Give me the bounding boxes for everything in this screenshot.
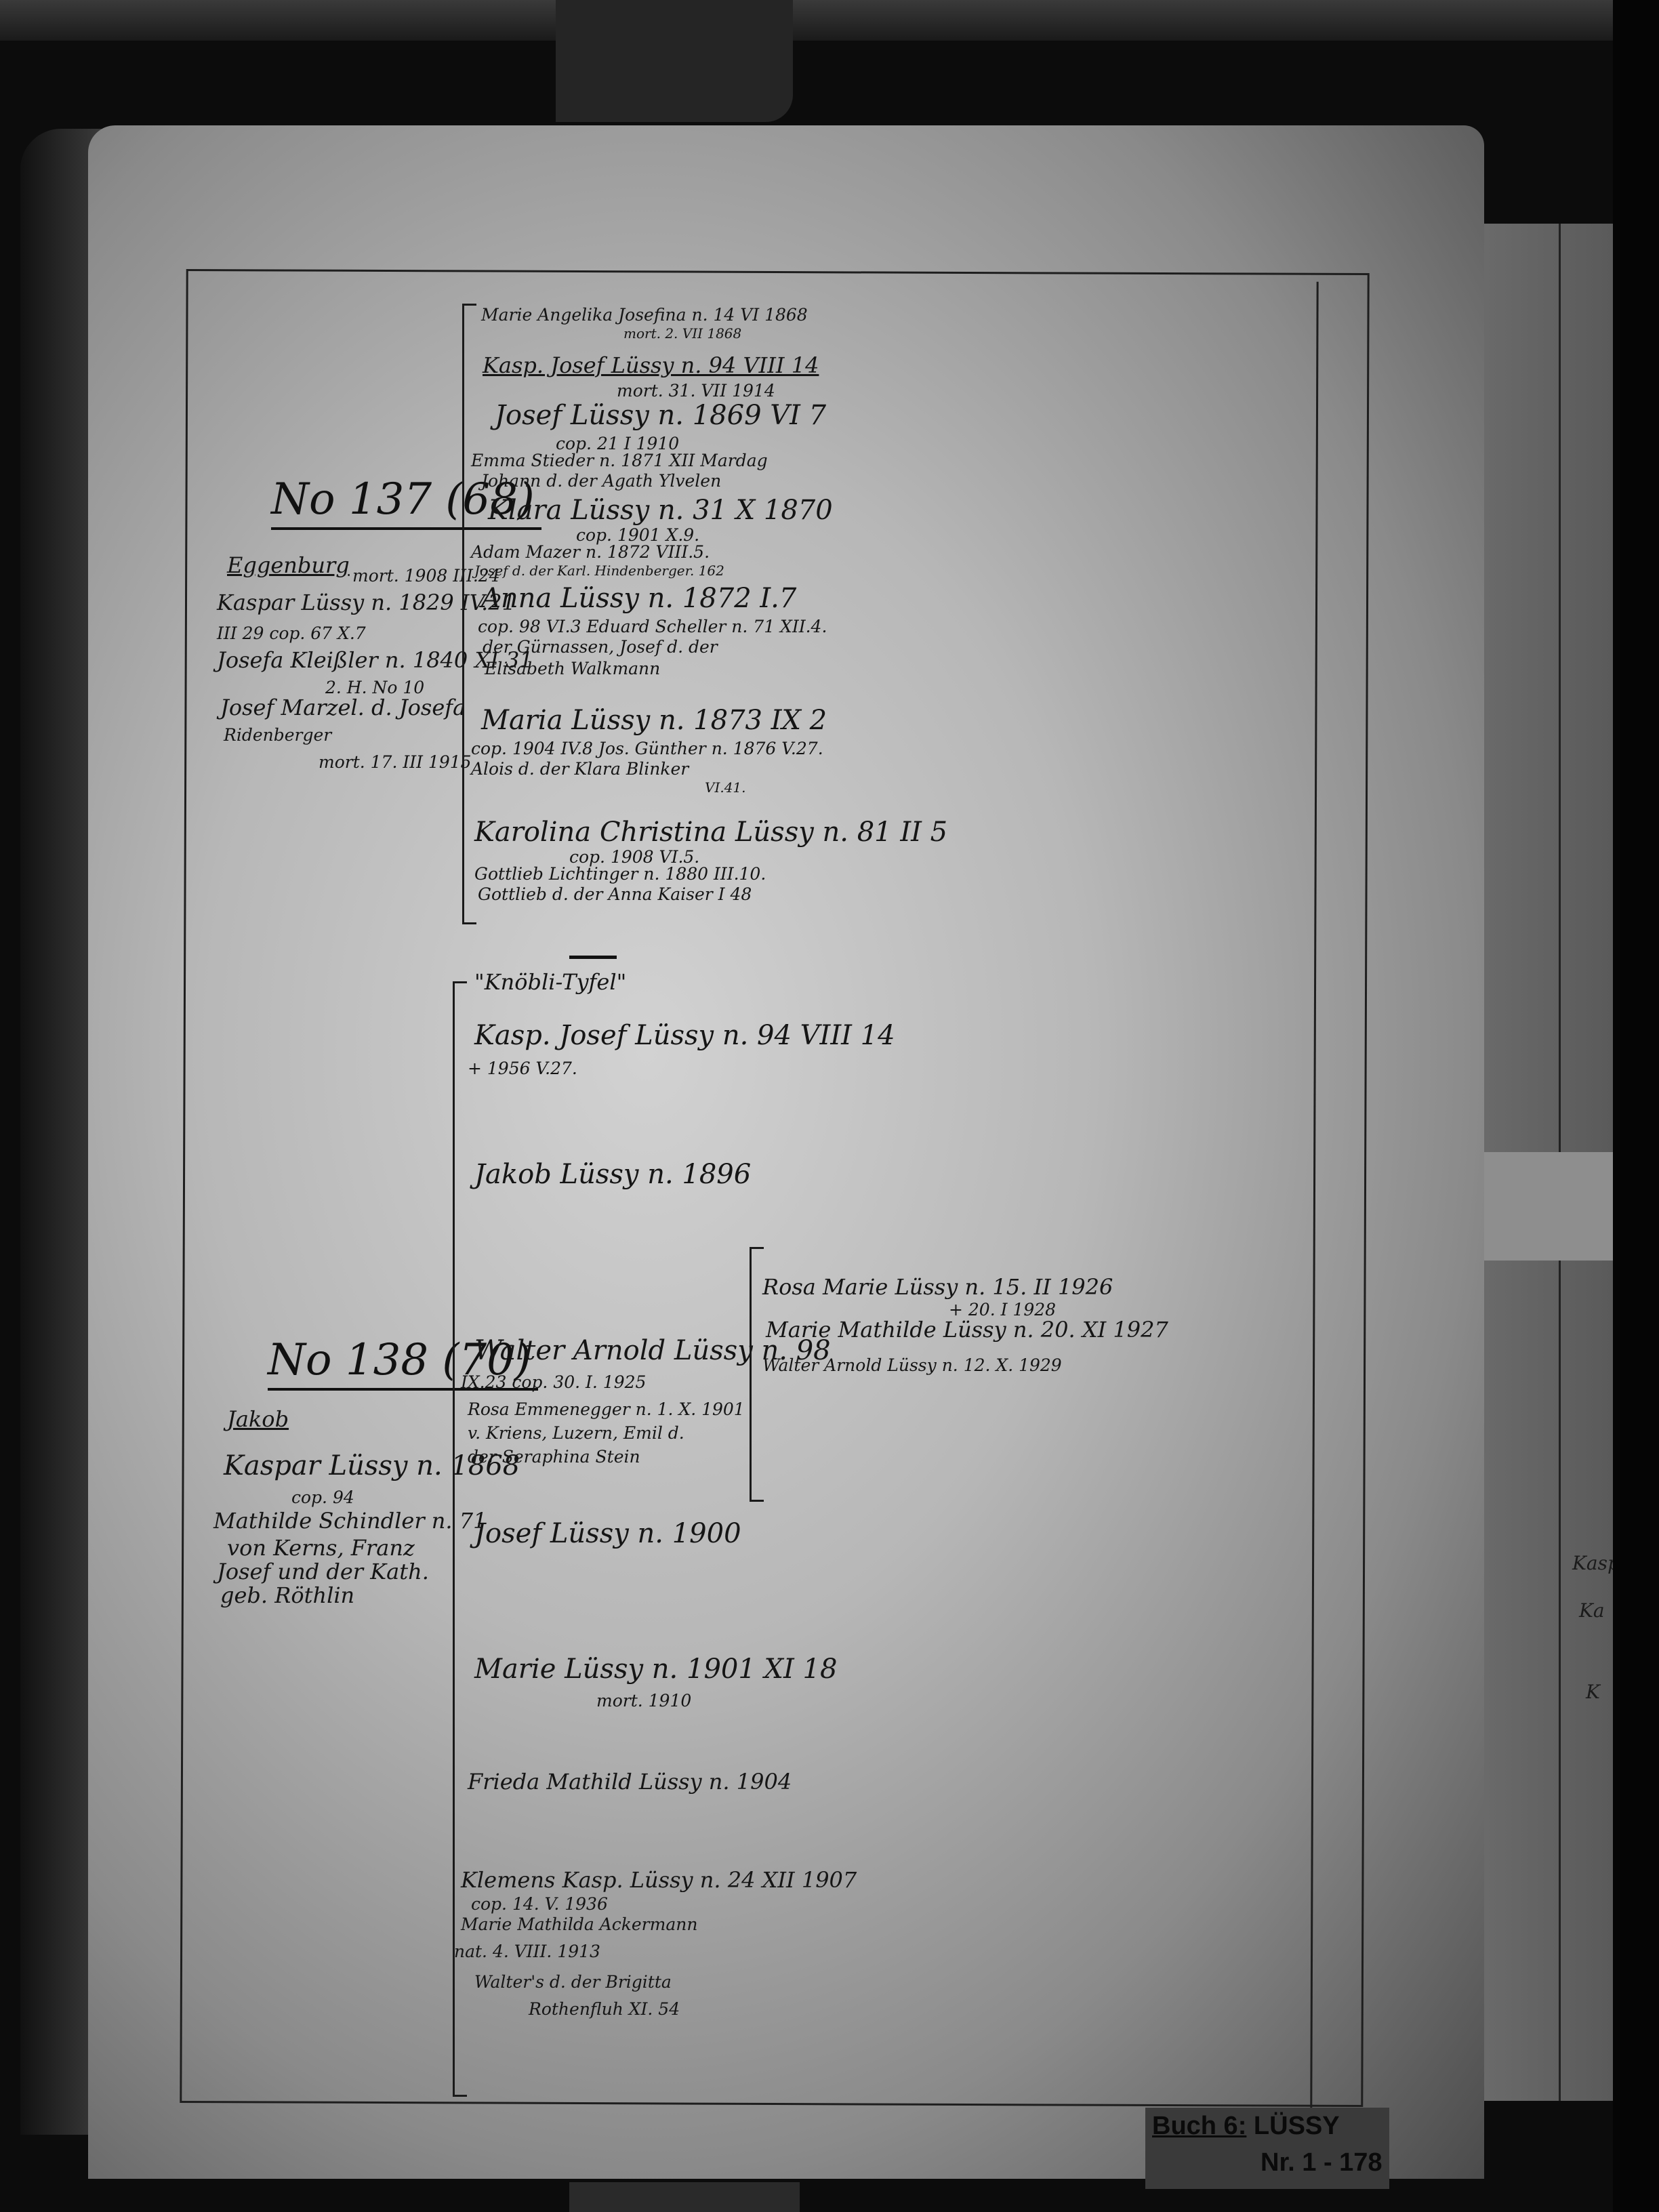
child-entry: cop. 98 VI.3 Eduard Scheller n. 71 XII.4… (478, 617, 827, 636)
parent-line: Ridenberger (224, 725, 331, 745)
book-number: Buch 6: (1152, 2112, 1246, 2140)
archive-label: Buch 6: LÜSSY Nr. 1 - 178 (1145, 2108, 1389, 2189)
scanner-background-right (1613, 0, 1659, 2212)
adjacent-page-text: K (1586, 1681, 1600, 1703)
child-entry: Anna Lüssy n. 1872 I.7 (481, 583, 796, 614)
parent-line: Josef und der Kath. (217, 1559, 429, 1584)
child-entry: Walter's d. der Brigitta (474, 1972, 672, 1992)
child-entry: nat. 4. VIII. 1913 (454, 1942, 600, 1961)
child-entry: der Gürnassen, Josef d. der (483, 637, 718, 657)
child-entry: mort. 1910 (596, 1691, 691, 1711)
grandchild-entry: Walter Arnold Lüssy n. 12. X. 1929 (762, 1355, 1062, 1375)
parent-line: Josef Marzel. d. Josefa (220, 695, 466, 720)
child-entry: Josef Lüssy n. 1869 VI 7 (495, 400, 826, 431)
child-entry: cop. 14. V. 1936 (471, 1894, 608, 1914)
child-entry: mort. 2. VII 1868 (623, 325, 741, 342)
child-entry: v. Kriens, Luzern, Emil d. (468, 1423, 684, 1443)
family-name: LÜSSY (1254, 2112, 1340, 2140)
child-entry: Kasp. Josef Lüssy n. 94 VIII 14 (483, 352, 819, 378)
child-entry: Emma Stieder n. 1871 XII Mardag (471, 451, 768, 470)
parent-line: mort. 17. III 1915 (319, 752, 472, 772)
archive-label-title: Buch 6: LÜSSY (1152, 2112, 1340, 2141)
parent-line: geb. Röthlin (220, 1582, 354, 1608)
child-entry: Josef d. der Karl. Hindenberger. 162 (474, 562, 724, 579)
child-entry: Alois d. der Klara Blinker (471, 759, 689, 779)
child-entry: Marie Mathilda Ackermann (461, 1914, 697, 1934)
page-tab-marker (1484, 1152, 1613, 1261)
adjacent-page: Kasp Ka K (1484, 224, 1613, 2101)
scanner-clip (556, 0, 793, 122)
scanner-background-bottom (569, 2182, 800, 2212)
grandchildren-bracket (750, 1247, 764, 1502)
child-entry: Adam Mazer n. 1872 VIII.5. (471, 542, 710, 562)
child-entry: + 1956 V.27. (468, 1059, 577, 1078)
child-entry: Josef Lüssy n. 1900 (474, 1518, 741, 1549)
child-entry: Marie Angelika Josefina n. 14 VI 1868 (481, 305, 808, 325)
house-name: Eggenburg (227, 552, 350, 578)
child-entry: Johann d. der Agath Ylvelen (481, 471, 721, 491)
child-entry: Klara Lüssy n. 31 X 1870 (488, 495, 833, 526)
parent-line: III 29 cop. 67 X.7 (217, 623, 366, 643)
child-entry: Maria Lüssy n. 1873 IX 2 (481, 705, 827, 736)
child-entry: Marie Lüssy n. 1901 XI 18 (474, 1654, 837, 1685)
nickname-heading: "Knöbli-Tyfel" (474, 969, 626, 995)
child-entry: Rosa Emmenegger n. 1. X. 1901 (468, 1399, 745, 1419)
child-entry: Elisabeth Walkmann (485, 659, 660, 678)
house-name: Jakob (227, 1406, 289, 1432)
child-entry: cop. 1904 IV.8 Jos. Günther n. 1876 V.27… (471, 739, 823, 758)
child-entry: Klemens Kasp. Lüssy n. 24 XII 1907 (461, 1867, 857, 1893)
parent-line: Mathilde Schindler n. 71 (213, 1508, 487, 1534)
child-entry: Rothenfluh XI. 54 (529, 1999, 680, 2019)
scanner-background-top (0, 0, 1659, 41)
child-entry: Frieda Mathild Lüssy n. 1904 (468, 1769, 792, 1795)
child-entry: der Seraphina Stein (468, 1447, 640, 1467)
child-entry: Kasp. Josef Lüssy n. 94 VIII 14 (474, 1020, 895, 1051)
record-range: Nr. 1 - 178 (1261, 2148, 1382, 2177)
child-entry: Karolina Christina Lüssy n. 81 II 5 (474, 817, 947, 848)
grandchild-entry: Marie Mathilde Lüssy n. 20. XI 1927 (766, 1317, 1168, 1343)
child-entry: IX.23 cop. 30. I. 1925 (461, 1372, 646, 1392)
parent-line: von Kerns, Franz (227, 1535, 415, 1561)
adjacent-page-text: Ka (1579, 1599, 1605, 1622)
child-entry: mort. 31. VII 1914 (617, 381, 775, 401)
child-entry: VI.41. (705, 779, 746, 796)
child-entry: Gottlieb d. der Anna Kaiser I 48 (478, 884, 752, 904)
grandchild-entry: Rosa Marie Lüssy n. 15. II 1926 (762, 1274, 1113, 1300)
child-entry: Gottlieb Lichtinger n. 1880 III.10. (474, 864, 766, 884)
child-entry: Jakob Lüssy n. 1896 (474, 1159, 751, 1190)
ruled-frame (180, 269, 1369, 2107)
margin-rule (1310, 282, 1318, 2112)
section-divider (569, 956, 617, 959)
parent-line: cop. 94 (291, 1488, 354, 1507)
